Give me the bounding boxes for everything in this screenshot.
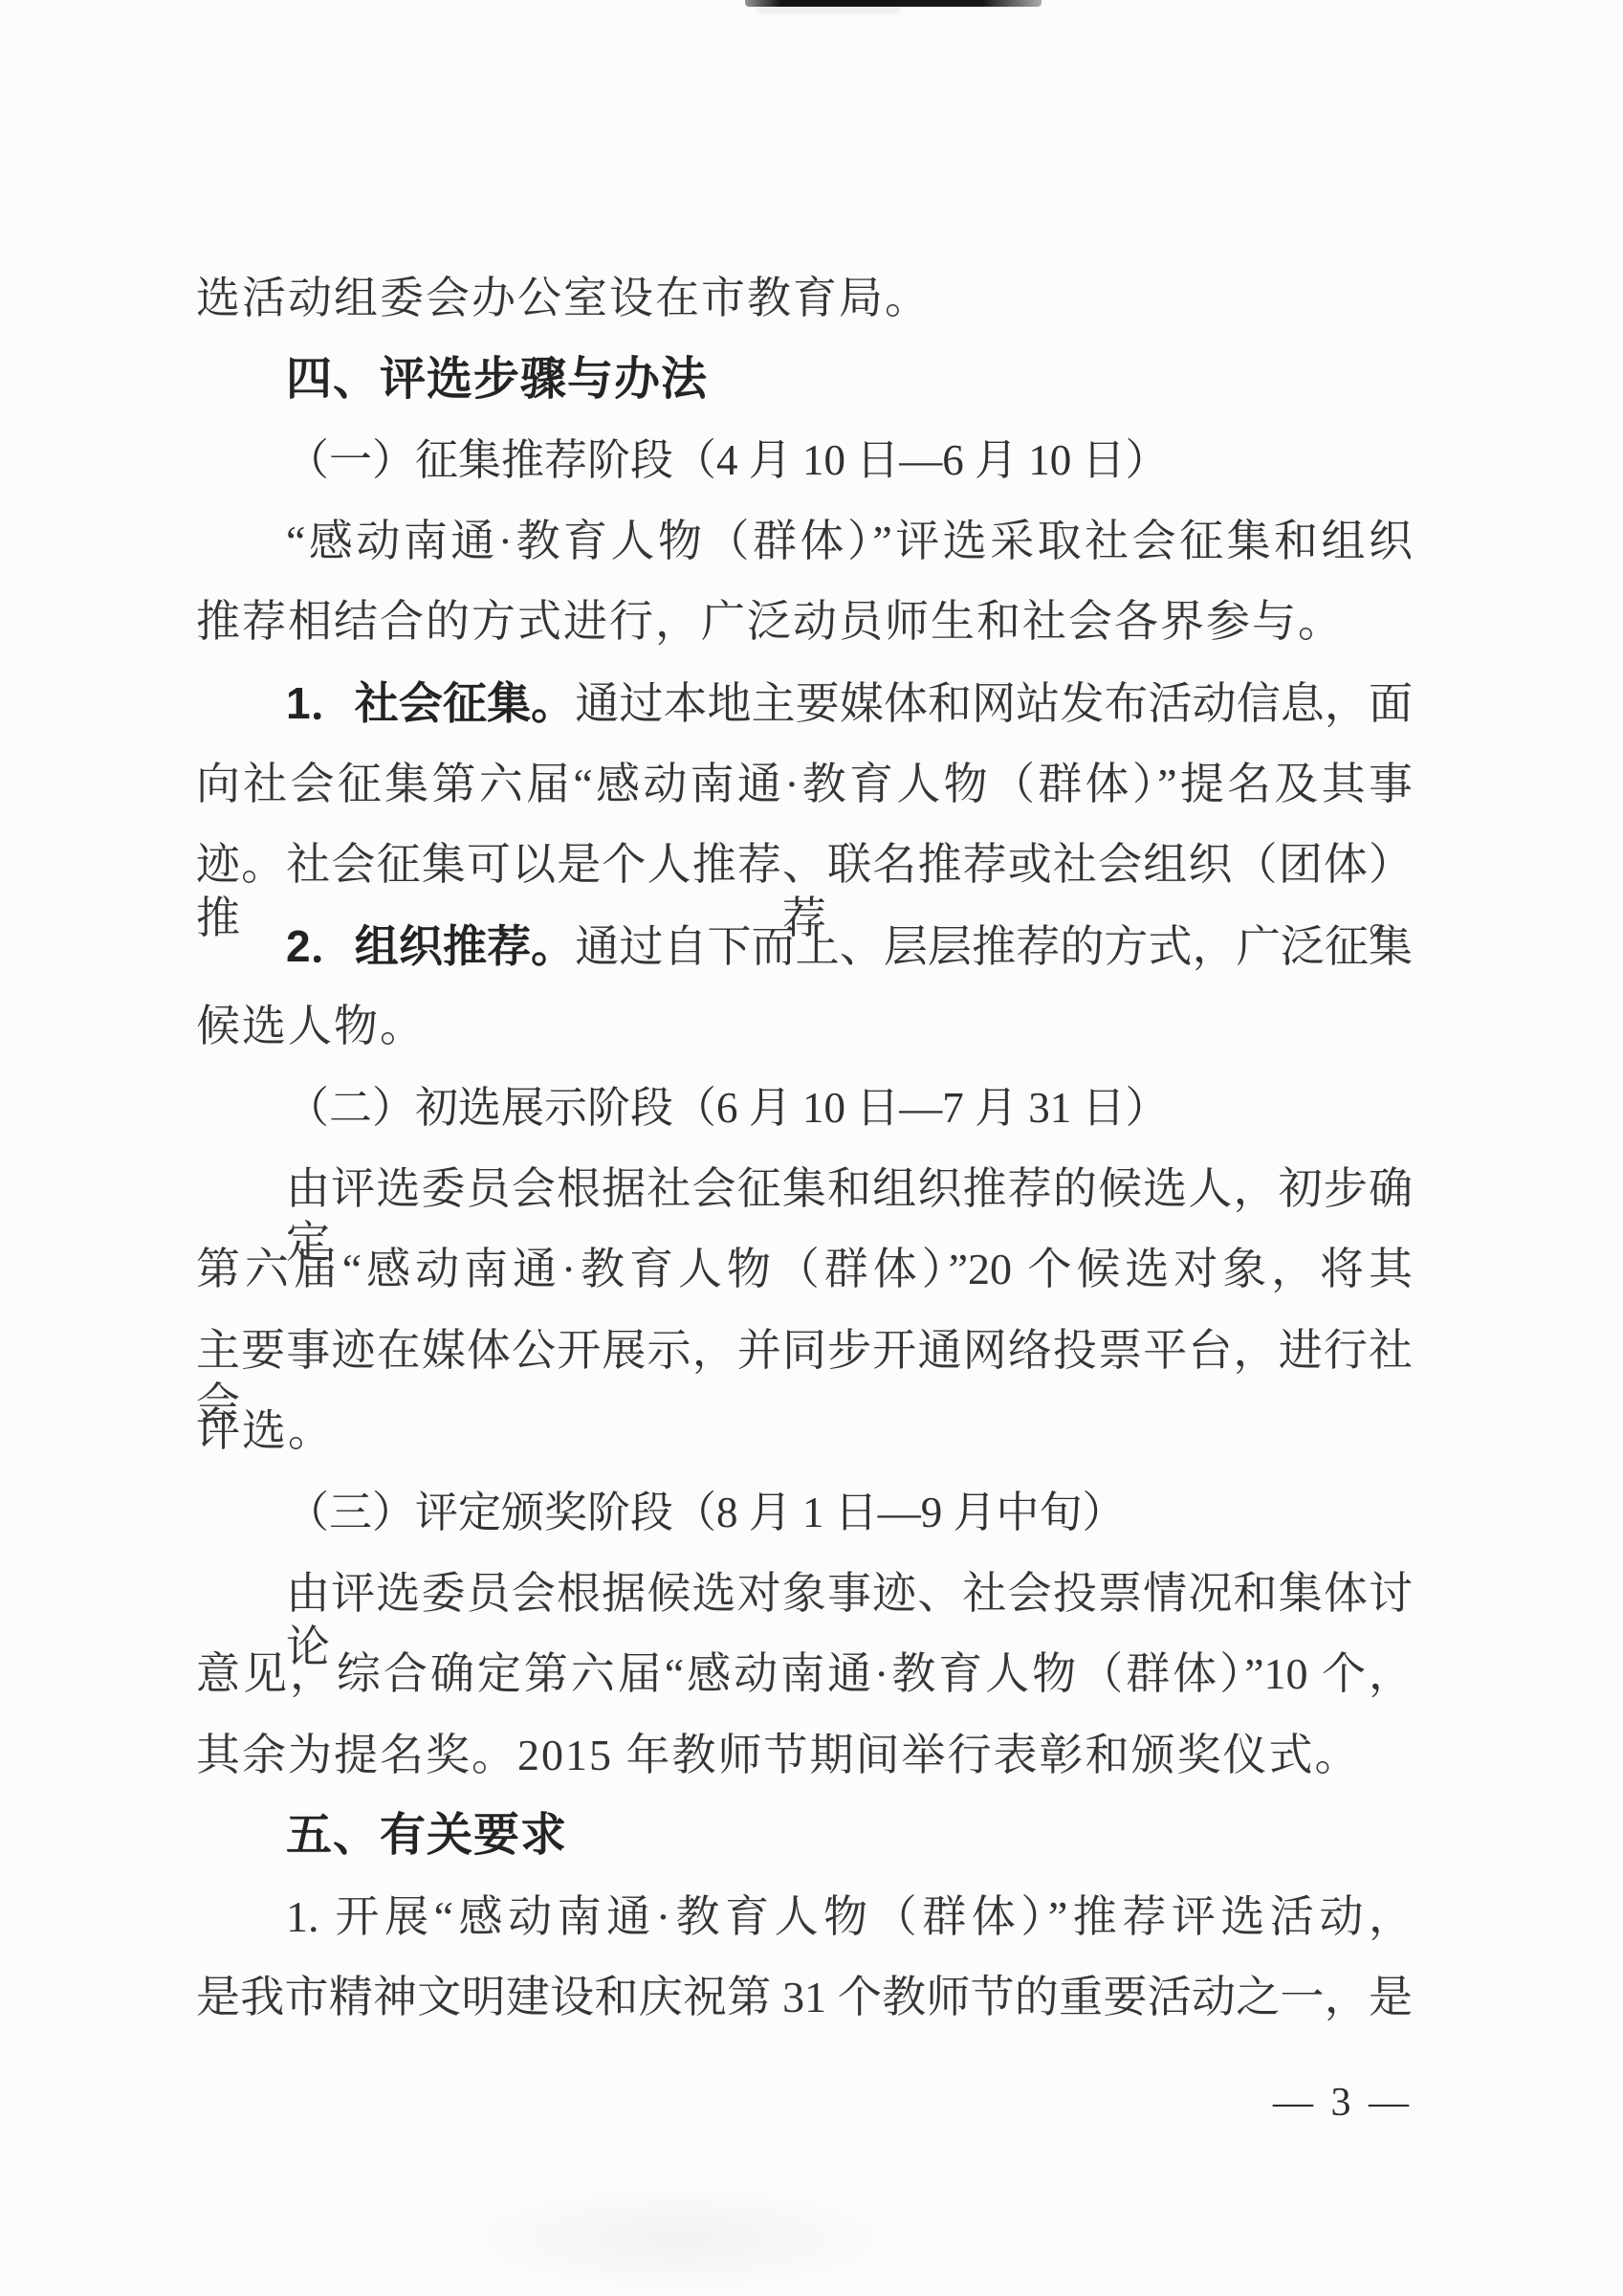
paragraph-lead: 1．社会征集。	[286, 678, 575, 728]
body-line: 第六届“感动南通·教育人物（群体）”20 个候选对象，将其	[196, 1243, 1413, 1296]
body-text: 通过自下而上、层层推荐的方式，广泛征集	[575, 922, 1413, 971]
body-line: 候选人物。	[196, 1000, 1413, 1053]
page-number: — 3 —	[196, 2080, 1413, 2126]
body-line: “感动南通·教育人物（群体）”评选采取社会征集和组织	[196, 515, 1413, 568]
body-line: 意见，综合确定第六届“感动南通·教育人物（群体）”10 个，	[196, 1647, 1413, 1701]
paragraph-lead: 2．组织推荐。	[286, 921, 575, 971]
body-line: 选活动组委会办公室设在市教育局。	[196, 272, 1413, 325]
body-line: 2．组织推荐。通过自下而上、层层推荐的方式，广泛征集	[196, 919, 1413, 974]
body-line: 1．社会征集。通过本地主要媒体和网站发布活动信息，面	[196, 676, 1413, 731]
body-line: 其余为提名奖。2015 年教师节期间举行表彰和颁奖仪式。	[196, 1729, 1413, 1782]
section-heading: 四、评选步骤与办法	[196, 353, 1413, 407]
body-line: 推荐相结合的方式进行，广泛动员师生和社会各界参与。	[196, 595, 1413, 649]
subsection-heading: （三）评定颁奖阶段（8 月 1 日—9 月中旬）	[196, 1486, 1413, 1539]
document-page: 选活动组委会办公室设在市教育局。 四、评选步骤与办法 （一）征集推荐阶段（4 月…	[0, 0, 1623, 2296]
subsection-heading: （一）征集推荐阶段（4 月 10 日—6 月 10 日）	[196, 433, 1413, 487]
body-line: 评选。	[196, 1404, 1413, 1458]
body-text: 通过本地主要媒体和网站发布活动信息，面	[575, 679, 1413, 728]
body-line: 向社会征集第六届“感动南通·教育人物（群体）”提名及其事	[196, 758, 1413, 811]
subsection-heading: （二）初选展示阶段（6 月 10 日—7 月 31 日）	[196, 1081, 1413, 1135]
document-body: 选活动组委会办公室设在市教育局。 四、评选步骤与办法 （一）征集推荐阶段（4 月…	[196, 0, 1413, 2296]
body-line: 是我市精神文明建设和庆祝第 31 个教师节的重要活动之一，是	[196, 1971, 1413, 2024]
section-heading: 五、有关要求	[196, 1809, 1413, 1863]
body-line: 1. 开展“感动南通·教育人物（群体）”推荐评选活动，	[196, 1890, 1413, 1944]
